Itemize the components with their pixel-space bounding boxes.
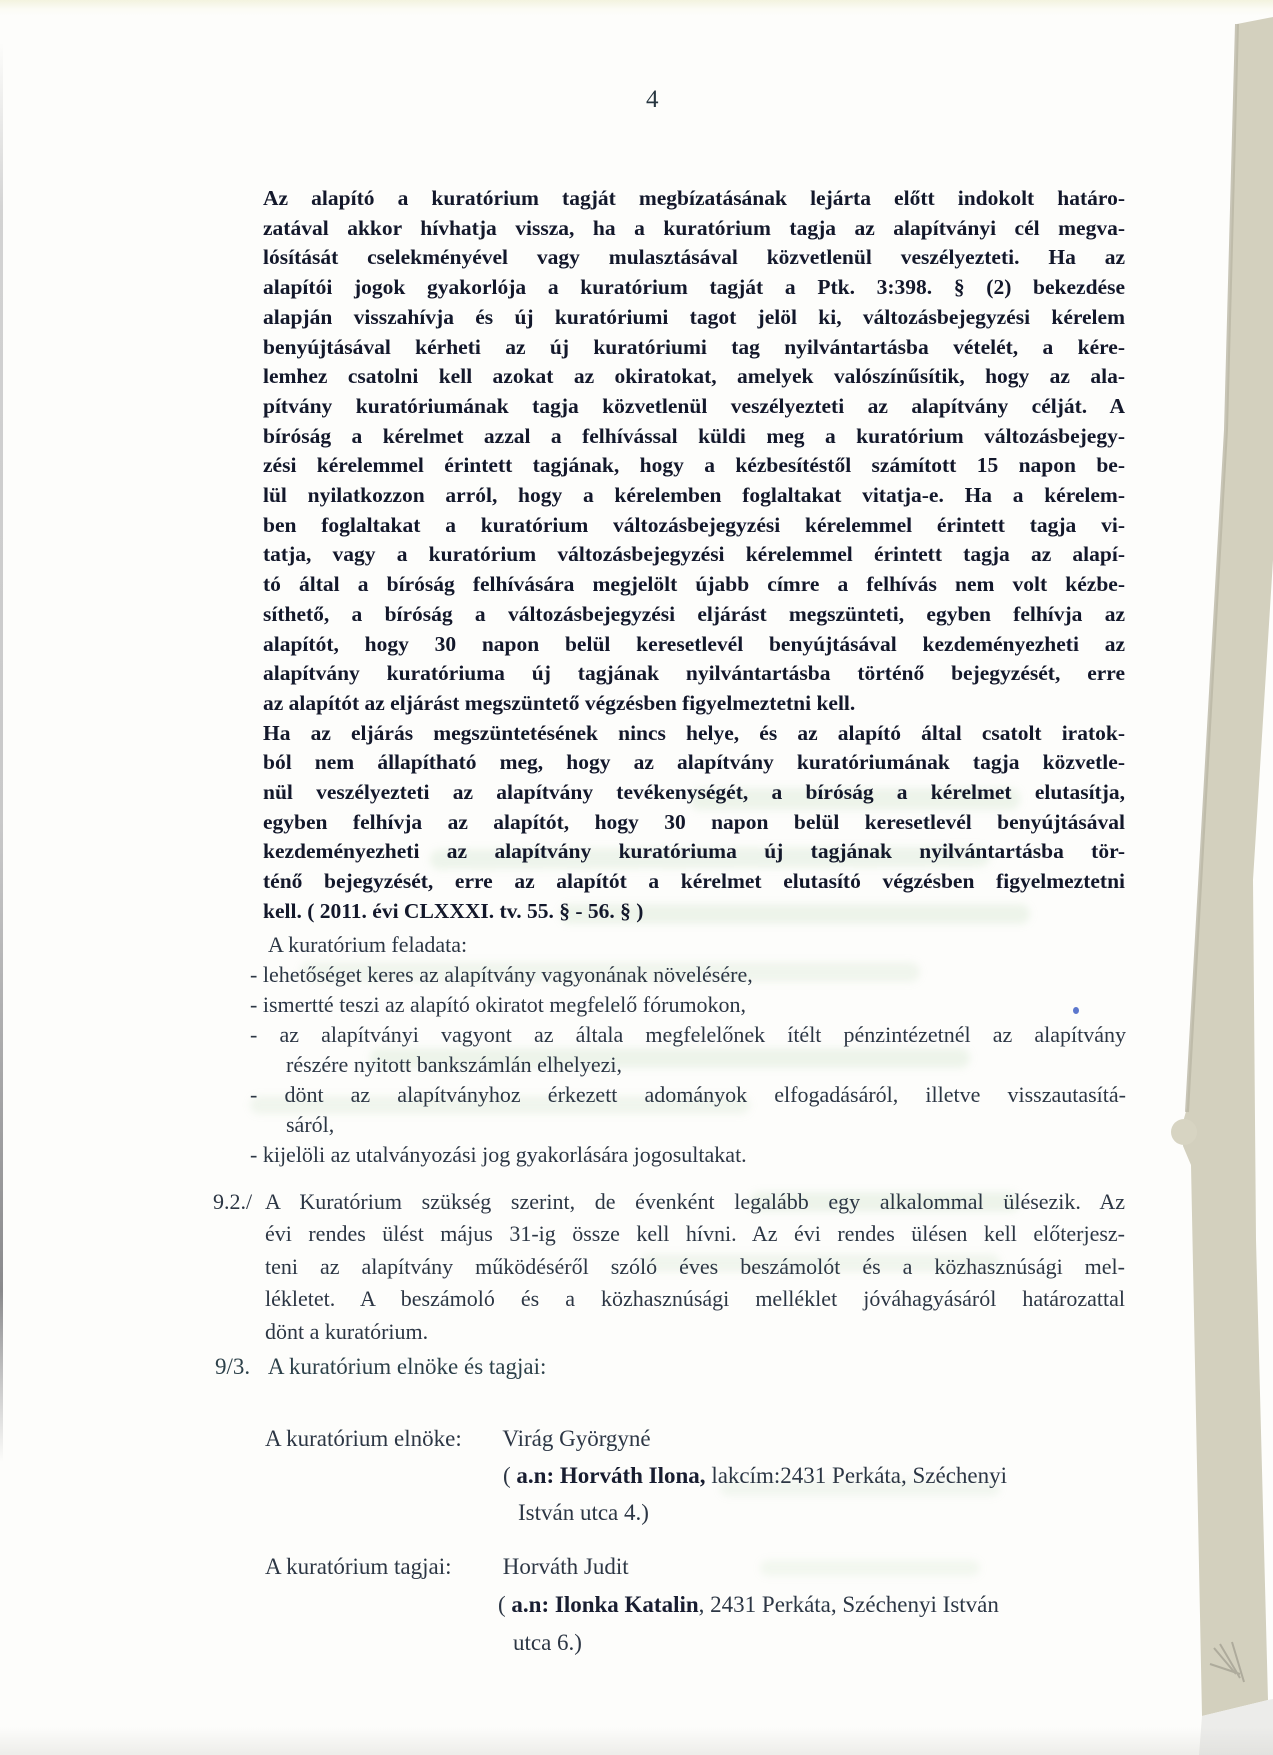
text-line: nül veszélyezteti az alapítvány tevékeny… bbox=[263, 778, 1125, 808]
section-9-2: 9.2./ A Kuratórium szükség szerint, de é… bbox=[265, 1186, 1125, 1348]
member-mother-name-line: ( a.n: Ilonka Katalin, 2431 Perkáta, Szé… bbox=[265, 1586, 1085, 1624]
text-line: lül nyilatkozzon arról, hogy a kérelembe… bbox=[263, 481, 1125, 511]
section-title: A kuratórium elnöke és tagjai: bbox=[268, 1354, 546, 1379]
member-name: Horváth Judit bbox=[503, 1554, 629, 1579]
text-line: lékletet. A beszámoló és a közhasznúsági… bbox=[265, 1283, 1125, 1315]
tasks-list: - lehetőséget keres az alapítvány vagyon… bbox=[250, 960, 1126, 1170]
member-name-line: A kuratórium tagjai: Horváth Judit bbox=[265, 1548, 1085, 1586]
text-line: zatával akkor hívhatja vissza, ha a kura… bbox=[263, 214, 1125, 244]
text-line: sáról, bbox=[250, 1110, 1126, 1140]
chair-block: A kuratórium elnöke: Virág Györgyné ( a.… bbox=[265, 1420, 1085, 1531]
text-line: egyben felhívja az alapítót, hogy 30 nap… bbox=[263, 808, 1125, 838]
text-line: bíróság a kérelmet azzal a felhívással k… bbox=[263, 422, 1125, 452]
chair-address: lakcím:2431 Perkáta, Széchenyi bbox=[706, 1463, 1007, 1488]
members-label: A kuratórium tagjai: bbox=[265, 1548, 497, 1586]
text-line: benyújtásával kérheti az új kuratóriumi … bbox=[263, 333, 1125, 363]
member-address: , 2431 Perkáta, Széchenyi István bbox=[699, 1592, 999, 1617]
text-line: ból nem állapítható meg, hogy az alapítv… bbox=[263, 748, 1125, 778]
text-line: ben foglaltakat a kuratórium változásbej… bbox=[263, 511, 1125, 541]
text-line: pítvány kuratóriumának tagja közvetlenül… bbox=[263, 392, 1125, 422]
chair-name: Virág Györgyné bbox=[502, 1426, 650, 1451]
text-line: - az alapítványi vagyont az általa megfe… bbox=[250, 1020, 1126, 1050]
text-line: kezdeményezheti az alapítvány kuratórium… bbox=[263, 837, 1125, 867]
chair-address-line2: István utca 4.) bbox=[265, 1494, 1085, 1531]
text-line: - ismertté teszi az alapító okiratot meg… bbox=[250, 990, 1126, 1020]
scan-top-edge-strip bbox=[0, 0, 1273, 16]
tasks-heading: A kuratórium feladata: bbox=[250, 930, 1126, 960]
text-line: alapítói jogok gyakorlója a kuratórium t… bbox=[263, 273, 1125, 303]
text-line: alapítót, hogy 30 napon belül keresetlev… bbox=[263, 630, 1125, 660]
text-line: síthető, a bíróság a változásbejegyzési … bbox=[263, 600, 1125, 630]
text-line: részére nyitott bankszámlán elhelyezi, bbox=[250, 1050, 1126, 1080]
text-line: tatja, vagy a kuratórium változásbejegyz… bbox=[263, 540, 1125, 570]
page-edge-shadow-line bbox=[1187, 24, 1237, 1112]
member-address-line2: utca 6.) bbox=[265, 1624, 1085, 1662]
kuratorium-tasks-section: A kuratórium feladata: - lehetőséget ker… bbox=[250, 930, 1126, 1170]
paren: ( bbox=[503, 1463, 516, 1488]
text-line: tó által a bíróság felhívására megjelölt… bbox=[263, 570, 1125, 600]
page-edge-band bbox=[1183, 17, 1273, 1716]
member-mother-name: a.n: Ilonka Katalin bbox=[511, 1592, 698, 1617]
text-line: az alapítót az eljárást megszüntető végz… bbox=[263, 689, 1125, 719]
bold-legal-paragraph: Az alapító a kuratórium tagját megbízatá… bbox=[263, 184, 1125, 927]
text-line: lósítását cselekményével vagy mulasztásá… bbox=[263, 243, 1125, 273]
text-line: teni az alapítvány működéséről szóló éve… bbox=[265, 1251, 1125, 1283]
text-line: A Kuratórium szükség szerint, de évenkén… bbox=[265, 1186, 1125, 1218]
text-line: kell. ( 2011. évi CLXXXI. tv. 55. § - 56… bbox=[263, 897, 1125, 927]
section-number: 9.2./ bbox=[213, 1186, 252, 1218]
page-edge-bump bbox=[1171, 1119, 1197, 1145]
text-line: - dönt az alapítványhoz érkezett adomány… bbox=[250, 1080, 1126, 1110]
text-line: - kijelöli az utalványozási jog gyakorlá… bbox=[250, 1140, 1126, 1170]
page-number: 4 bbox=[646, 86, 659, 114]
section-9-2-text: A Kuratórium szükség szerint, de évenkén… bbox=[265, 1186, 1125, 1348]
scan-left-edge-line bbox=[0, 42, 3, 1462]
section-number: 9/3. bbox=[215, 1354, 250, 1379]
text-line: dönt a kuratórium. bbox=[265, 1316, 1125, 1348]
text-line: lemhez csatolni kell azokat az okiratoka… bbox=[263, 362, 1125, 392]
pencil-scribble bbox=[1210, 1642, 1244, 1682]
members-block: A kuratórium tagjai: Horváth Judit ( a.n… bbox=[265, 1548, 1085, 1662]
text-line: alapítvány kuratóriuma új tagjának nyilv… bbox=[263, 659, 1125, 689]
text-line: Az alapító a kuratórium tagját megbízatá… bbox=[263, 184, 1125, 214]
chair-name-line: A kuratórium elnöke: Virág Györgyné bbox=[265, 1420, 1085, 1457]
text-line: Ha az eljárás megszüntetésének nincs hel… bbox=[263, 719, 1125, 749]
text-line: évi rendes ülést május 31-ig össze kell … bbox=[265, 1218, 1125, 1250]
text-line: ténő bejegyzését, erre az alapítót a kér… bbox=[263, 867, 1125, 897]
text-line: zési kérelemmel érintett tagjának, hogy … bbox=[263, 451, 1125, 481]
chair-mother-name-line: ( a.n: Horváth Ilona, lakcím:2431 Perkát… bbox=[265, 1457, 1085, 1494]
chair-mother-name: a.n: Horváth Ilona, bbox=[516, 1463, 705, 1488]
paren: ( bbox=[498, 1592, 511, 1617]
section-9-3: 9/3. A kuratórium elnöke és tagjai: bbox=[215, 1354, 546, 1380]
scanned-document-page: 4 Az alapító a kuratórium tagját megbíza… bbox=[0, 0, 1273, 1755]
text-line: - lehetőséget keres az alapítvány vagyon… bbox=[250, 960, 1126, 990]
chair-label: A kuratórium elnöke: bbox=[265, 1420, 497, 1457]
text-line: alapján visszahívja és új kuratóriumi ta… bbox=[263, 303, 1125, 333]
scan-bottom-shade bbox=[0, 1727, 1273, 1755]
